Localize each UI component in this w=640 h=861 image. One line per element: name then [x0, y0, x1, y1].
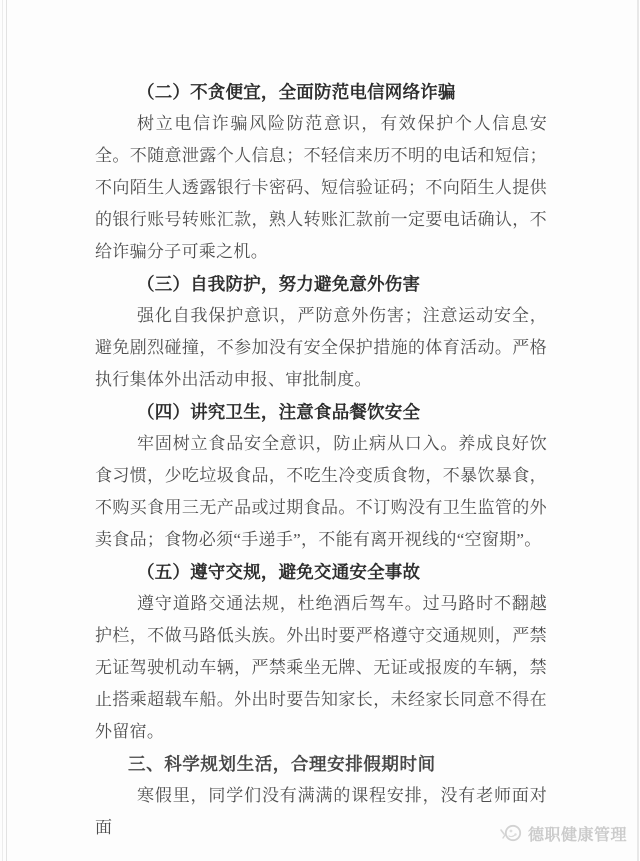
watermark: 德职健康管理 — [499, 821, 627, 845]
section-heading: （四）讲究卫生，注意食品餐饮安全 — [95, 396, 547, 428]
section-paragraph: 牢固树立食品安全意识，防止病从口入。养成良好饮食习惯，少吃垃圾食品，不吃生冷变质… — [95, 428, 547, 556]
section-paragraph: 寒假里，同学们没有满满的课程安排，没有老师面对面 — [95, 780, 547, 844]
section-heading: （五）遵守交规，避免交通安全事故 — [95, 556, 547, 588]
section-paragraph: 强化自我保护意识，严防意外伤害；注意运动安全，避免剧烈碰撞，不参加没有安全保护措… — [95, 300, 547, 396]
chapter-heading: 三、科学规划生活，合理安排假期时间 — [95, 748, 547, 780]
page-right-edge-line — [637, 0, 639, 861]
section-paragraph: 遵守道路交通法规，杜绝酒后驾车。过马路时不翻越护栏，不做马路低头族。外出时要严格… — [95, 588, 547, 748]
page-left-inner-edge-line — [6, 0, 7, 861]
page-left-edge-line — [2, 0, 3, 861]
section-holiday-planning: 三、科学规划生活，合理安排假期时间 寒假里，同学们没有满满的课程安排，没有老师面… — [95, 748, 547, 844]
brand-logo-icon — [499, 821, 523, 845]
section-heading: （二）不贪便宜，全面防范电信网络诈骗 — [95, 76, 547, 108]
document-page: （二）不贪便宜，全面防范电信网络诈骗 树立电信诈骗风险防范意识，有效保护个人信息… — [0, 0, 640, 861]
section-self-protection: （三）自我防护，努力避免意外伤害 强化自我保护意识，严防意外伤害；注意运动安全，… — [95, 268, 547, 396]
section-traffic-safety: （五）遵守交规，避免交通安全事故 遵守道路交通法规，杜绝酒后驾车。过马路时不翻越… — [95, 556, 547, 748]
article-body: （二）不贪便宜，全面防范电信网络诈骗 树立电信诈骗风险防范意识，有效保护个人信息… — [95, 76, 547, 844]
section-telecom-fraud-prevention: （二）不贪便宜，全面防范电信网络诈骗 树立电信诈骗风险防范意识，有效保护个人信息… — [95, 76, 547, 268]
section-paragraph: 树立电信诈骗风险防范意识，有效保护个人信息安全。不随意泄露个人信息；不轻信来历不… — [95, 108, 547, 268]
watermark-label: 德职健康管理 — [528, 822, 627, 845]
section-food-safety: （四）讲究卫生，注意食品餐饮安全 牢固树立食品安全意识，防止病从口入。养成良好饮… — [95, 396, 547, 556]
section-heading: （三）自我防护，努力避免意外伤害 — [95, 268, 547, 300]
